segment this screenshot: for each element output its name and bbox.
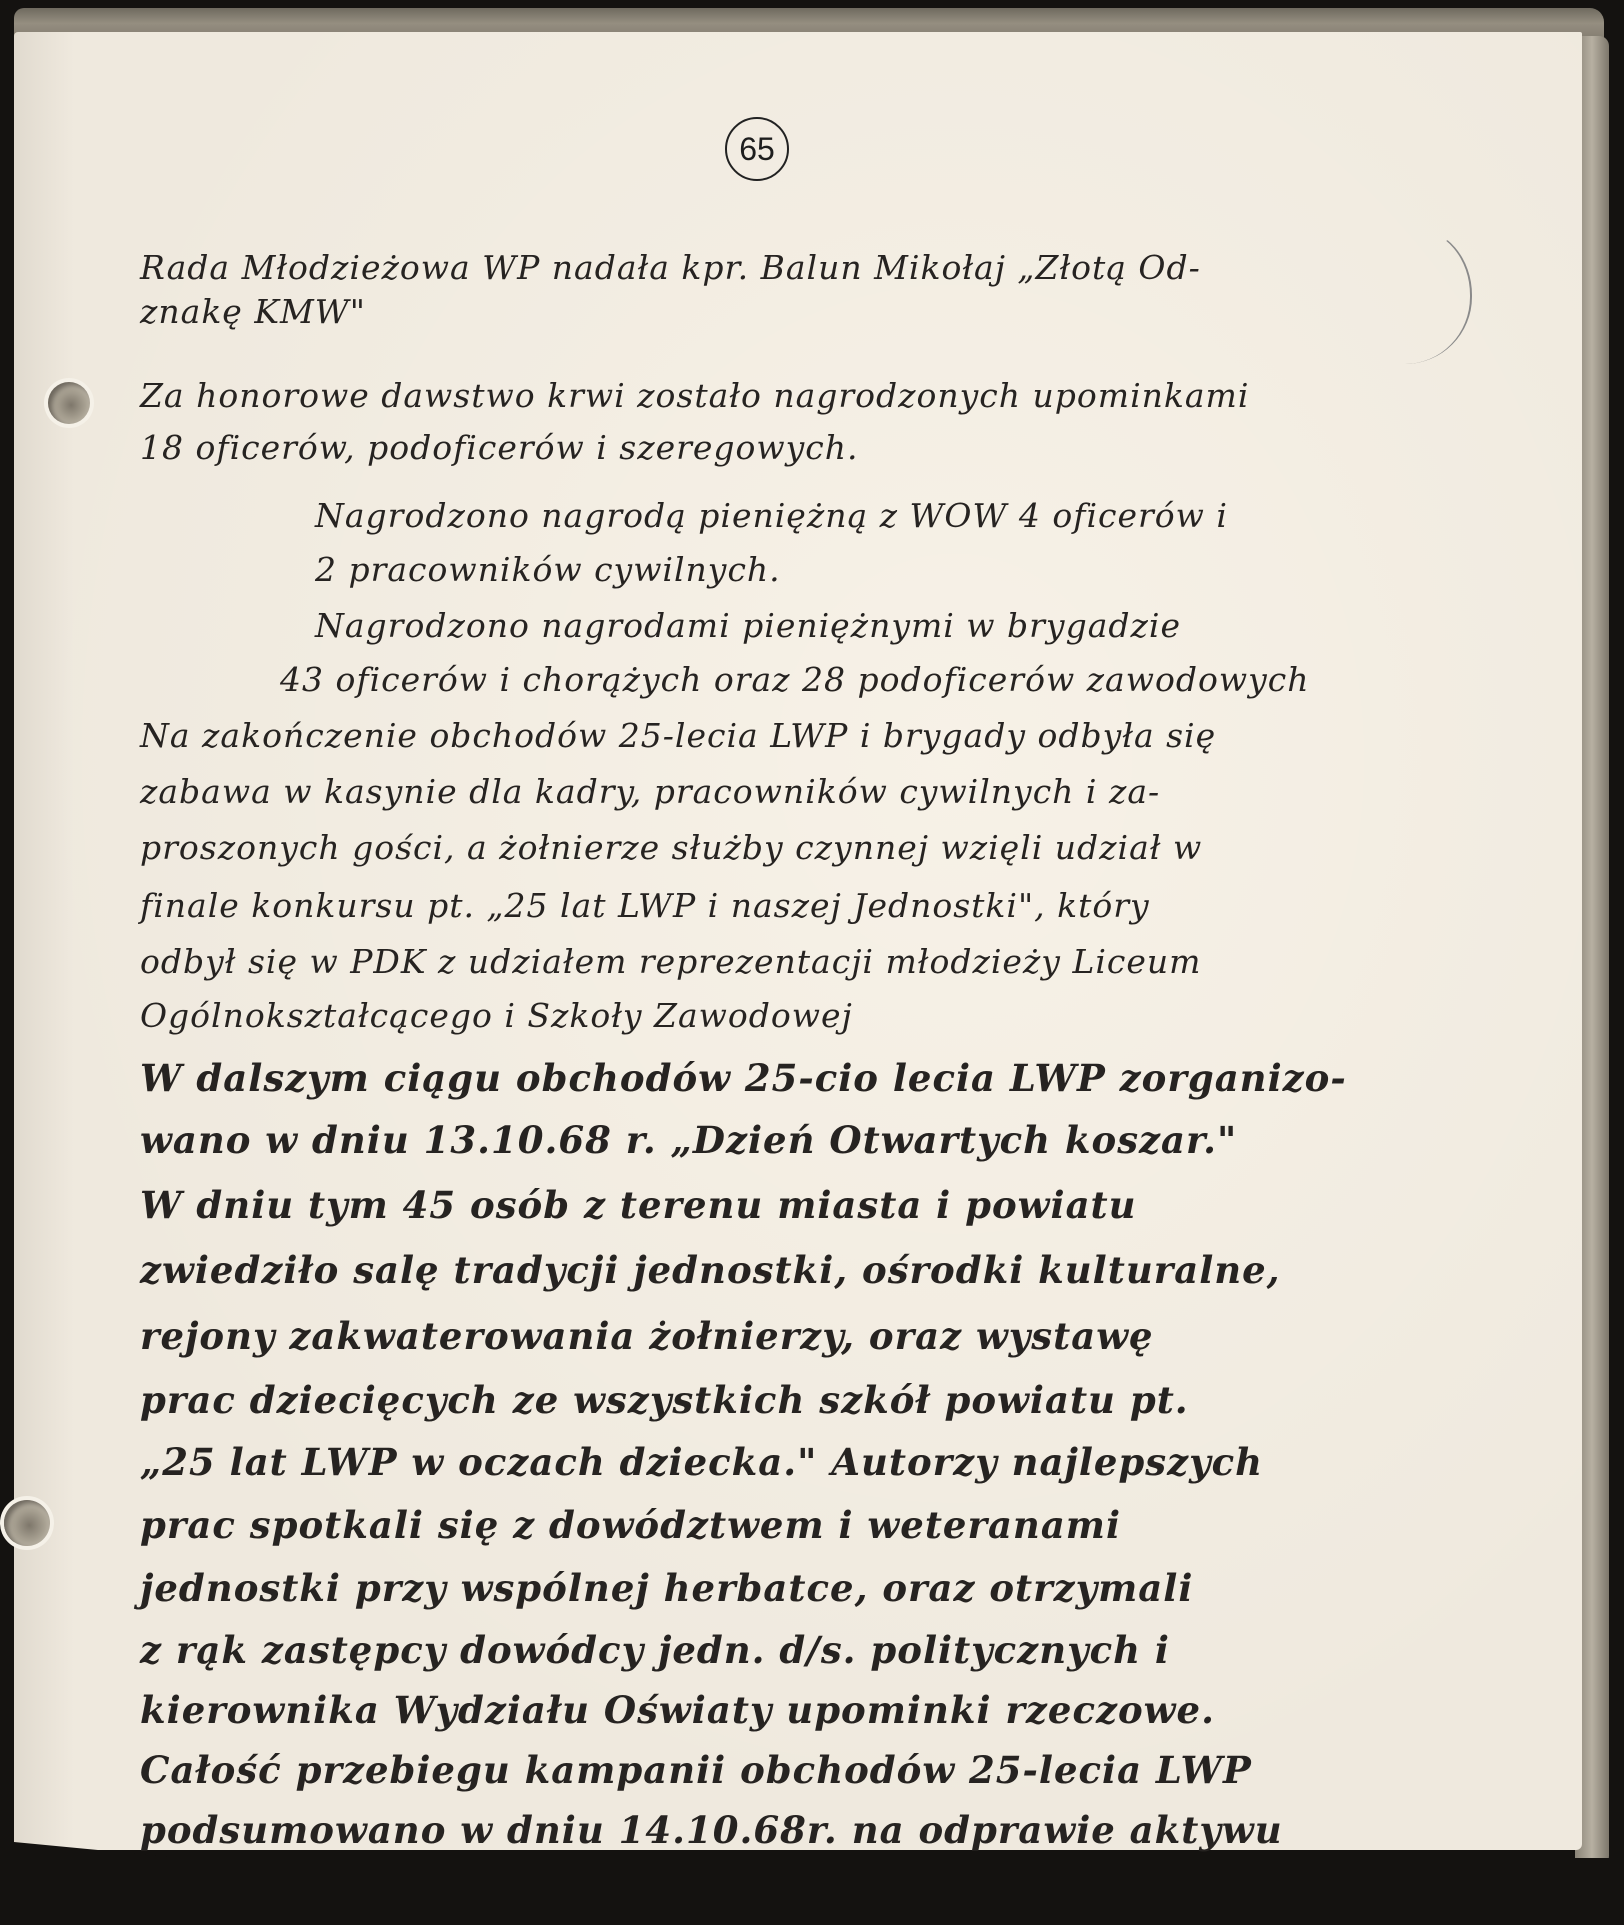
text-line: wano w dniu 13.10.68 r. „Dzień Otwartych…: [140, 1118, 1237, 1162]
text-line: jednostki przy wspólnej herbatce, oraz o…: [140, 1566, 1193, 1610]
text-line: Na zakończenie obchodów 25-lecia LWP i b…: [140, 716, 1216, 755]
text-line: W dalszym ciągu obchodów 25-cio lecia LW…: [140, 1056, 1347, 1100]
scan-background-bottom: [0, 1858, 1624, 1925]
text-line: kierownika Wydziału Oświaty upominki rze…: [140, 1688, 1215, 1732]
text-line: Za honorowe dawstwo krwi zostało nagrodz…: [140, 376, 1249, 415]
text-line: „25 lat LWP w oczach dziecka." Autorzy n…: [140, 1440, 1263, 1484]
page-number-badge: 65: [725, 117, 789, 181]
text-line: odbył się w PDK z udziałem reprezentacji…: [140, 942, 1201, 981]
text-line: podsumowano w dniu 14.10.68r. na odprawi…: [140, 1808, 1283, 1852]
page-number: 65: [739, 131, 775, 168]
text-line: znakę KMW": [140, 292, 366, 331]
text-line: Ogólnokształcącego i Szkoły Zawodowej: [140, 996, 853, 1035]
text-line: Całość przebiegu kampanii obchodów 25-le…: [140, 1748, 1252, 1792]
binding-hole-icon: [4, 1500, 50, 1546]
text-line: rejony zakwaterowania żołnierzy, oraz wy…: [140, 1314, 1154, 1358]
text-line: 18 oficerów, podoficerów i szeregowych.: [140, 428, 859, 467]
binding-hole-icon: [48, 382, 90, 424]
text-line: z rąk zastępcy dowódcy jedn. d/s. polity…: [140, 1628, 1170, 1672]
text-line: Nagrodzono nagrodami pieniężnymi w bryga…: [315, 606, 1181, 645]
text-line: 43 oficerów i chorążych oraz 28 podofice…: [280, 660, 1309, 699]
text-line: Nagrodzono nagrodą pieniężną z WOW 4 ofi…: [315, 496, 1228, 535]
text-line: zabawa w kasynie dla kadry, pracowników …: [140, 772, 1160, 811]
text-line: W dniu tym 45 osób z terenu miasta i pow…: [140, 1183, 1137, 1227]
text-line: proszonych gości, a żołnierze służby czy…: [140, 828, 1202, 867]
text-line: 2 pracowników cywilnych.: [315, 550, 781, 589]
text-line: finale konkursu pt. „25 lat LWP i naszej…: [140, 886, 1150, 925]
text-line: prac spotkali się z dowództwem i weteran…: [140, 1503, 1121, 1547]
text-line: Rada Młodzieżowa WP nadała kpr. Balun Mi…: [140, 248, 1201, 287]
text-line: prac dziecięcych ze wszystkich szkół pow…: [140, 1378, 1189, 1422]
text-line: zwiedziło salę tradycji jednostki, ośrod…: [140, 1248, 1281, 1292]
